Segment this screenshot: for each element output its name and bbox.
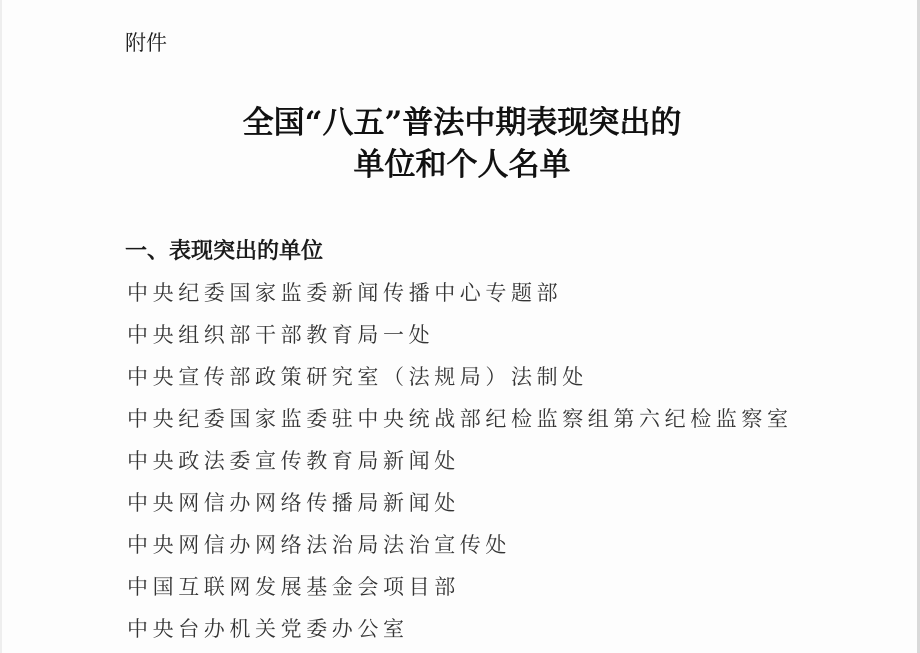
list-item: 中国互联网发展基金会项目部 <box>127 571 793 613</box>
list-item: 中央网信办网络传播局新闻处 <box>127 487 793 529</box>
list-item: 中央纪委国家监委驻中央统战部纪检监察组第六纪检监察室 <box>127 403 793 445</box>
title-line-2: 单位和个人名单 <box>2 144 920 186</box>
document-page: 附件 全国“八五”普法中期表现突出的 单位和个人名单 一、表现突出的单位 中央纪… <box>0 0 920 653</box>
title-line-1: 全国“八五”普法中期表现突出的 <box>2 102 920 144</box>
list-item: 中央纪委国家监委新闻传播中心专题部 <box>127 277 793 319</box>
list-item: 中央台办机关党委办公室 <box>127 613 793 653</box>
list-item: 中央网信办网络法治局法治宣传处 <box>127 529 793 571</box>
document-title: 全国“八五”普法中期表现突出的 单位和个人名单 <box>2 102 920 186</box>
list-item: 中央政法委宣传教育局新闻处 <box>127 445 793 487</box>
attachment-label: 附件 <box>125 28 167 58</box>
section-heading: 一、表现突出的单位 <box>125 236 323 268</box>
unit-list: 中央纪委国家监委新闻传播中心专题部 中央组织部干部教育局一处 中央宣传部政策研究… <box>127 277 793 653</box>
list-item: 中央宣传部政策研究室（法规局）法制处 <box>127 361 793 403</box>
list-item: 中央组织部干部教育局一处 <box>127 319 793 361</box>
